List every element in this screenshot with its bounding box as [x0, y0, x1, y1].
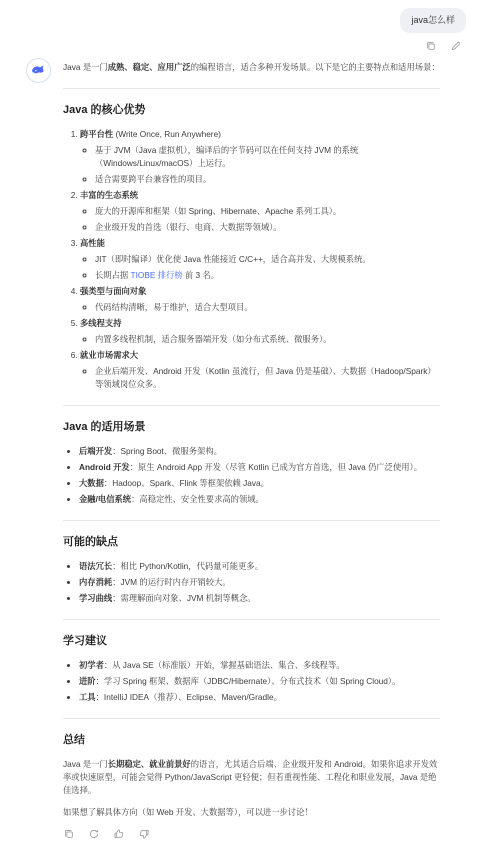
chat-page: java怎么样 Java 是一门成熟、稳定、应用广泛的编程语言，适合多种开发场景…	[0, 0, 486, 855]
sub-list-item: 长期占据 TIOBE 排行榜 前 3 名。	[95, 269, 440, 282]
sub-list: 基于 JVM（Java 虚拟机），编译后的字节码可以在任何支持 JVM 的系统（…	[80, 144, 440, 186]
user-message-actions	[26, 40, 462, 52]
list-item: 进阶：学习 Spring 框架、数据库（JDBC/Hibernate）、分布式技…	[79, 675, 440, 688]
text-run: ：Spring Boot、微服务架构。	[112, 446, 222, 456]
list-item: 强类型与面向对象代码结构清晰，易于维护，适合大型项目。	[80, 285, 440, 314]
sub-list-item: 基于 JVM（Java 虚拟机），编译后的字节码可以在任何支持 JVM 的系统（…	[95, 144, 440, 170]
text-run: 代码结构清晰，易于维护，适合大型项目。	[95, 302, 253, 312]
text-run: ：Hadoop、Spark、Flink 等框架依赖 Java。	[104, 478, 269, 488]
tiobe-ranking-link[interactable]: TIOBE 排行榜	[131, 270, 183, 280]
section-divider	[63, 619, 440, 620]
section-divider	[63, 520, 440, 521]
list-item: 工具：IntelliJ IDEA（推荐）、Eclipse、Maven/Gradl…	[79, 691, 440, 704]
bold-text: 初学者	[79, 660, 104, 670]
bold-text: 长期稳定、就业前景好	[108, 759, 191, 769]
list-item: 高性能JIT（即时编译）优化使 Java 性能接近 C/C++，适合高并发、大规…	[80, 237, 440, 282]
assistant-sections: Java 的核心优势跨平台性 (Write Once, Run Anywhere…	[63, 88, 440, 819]
list-item: 丰富的生态系统庞大的开源库和框架（如 Spring、Hibernate、Apac…	[80, 189, 440, 234]
list-item: 后端开发：Spring Boot、微服务架构。	[79, 445, 440, 458]
text-run: 庞大的开源库和框架（如 Spring、Hibernate、Apache 系列工具…	[95, 206, 341, 216]
bold-text: 语法冗长	[79, 561, 112, 571]
bold-text: 就业市场需求大	[80, 350, 138, 360]
text-run: ：学习 Spring 框架、数据库（JDBC/Hibernate）、分布式技术（…	[96, 676, 401, 686]
list-item: Android 开发：原生 Android App 开发（尽管 Kotlin 已…	[79, 461, 440, 474]
regenerate-button[interactable]	[88, 828, 100, 840]
bold-text: 金融/电信系统	[79, 494, 131, 504]
section-heading: 可能的缺点	[63, 535, 440, 549]
list-item: 多线程支持内置多线程机制，适合服务器端开发（如分布式系统、微服务）。	[80, 317, 440, 346]
whale-logo-icon	[30, 62, 47, 79]
text-run: ：从 Java SE（标准版）开始，掌握基础语法、集合、多线程等。	[104, 660, 345, 670]
text-run: 前 3 名。	[183, 270, 219, 280]
text-run: Java 是一门	[63, 62, 108, 72]
list-item: 就业市场需求大企业后端开发、Android 开发（Kotlin 虽流行，但 Ja…	[80, 349, 440, 391]
copy-button[interactable]	[63, 828, 75, 840]
text-run: 内置多线程机制，适合服务器端开发（如分布式系统、微服务）。	[95, 334, 331, 344]
text-run: (Write Once, Run Anywhere)	[113, 129, 221, 139]
dislike-button[interactable]	[138, 828, 150, 840]
sub-list-item: 内置多线程机制，适合服务器端开发（如分布式系统、微服务）。	[95, 333, 440, 346]
user-message-row: java怎么样	[26, 8, 466, 33]
paragraph: 如果想了解具体方向（如 Web 开发、大数据等），可以进一步讨论！	[63, 806, 440, 819]
section-divider	[63, 405, 440, 406]
bold-text: 内存消耗	[79, 577, 112, 587]
section-heading: Java 的适用场景	[63, 420, 440, 434]
edit-icon	[450, 40, 462, 52]
list-item: 学习曲线：需理解面向对象、JVM 机制等概念。	[79, 592, 440, 605]
bold-text: 进阶	[79, 676, 96, 686]
sub-list-item: JIT（即时编译）优化使 Java 性能接近 C/C++，适合高并发、大规模系统…	[95, 253, 440, 266]
assistant-message: Java 是一门成熟、稳定、应用广泛的编程语言，适合多种开发场景。以下是它的主要…	[63, 58, 466, 840]
regenerate-icon	[88, 828, 100, 840]
bold-text: 学习曲线	[79, 593, 112, 603]
like-button[interactable]	[113, 828, 125, 840]
text-run: ：IntelliJ IDEA（推荐）、Eclipse、Maven/Gradle。	[96, 692, 282, 702]
sub-list: 企业后端开发、Android 开发（Kotlin 虽流行，但 Java 仍是基础…	[80, 365, 440, 391]
assistant-avatar	[26, 58, 51, 83]
bold-text: 高性能	[80, 238, 105, 248]
bold-text: 丰富的生态系统	[80, 190, 138, 200]
sub-list: JIT（即时编译）优化使 Java 性能接近 C/C++，适合高并发、大规模系统…	[80, 253, 440, 282]
section-heading: 总结	[63, 733, 440, 747]
bold-text: 成熟、稳定、应用广泛	[108, 62, 191, 72]
edit-button[interactable]	[450, 40, 462, 52]
sub-list-item: 适合需要跨平台兼容性的项目。	[95, 173, 440, 186]
text-run: 长期占据	[95, 270, 131, 280]
assistant-intro-paragraph: Java 是一门成熟、稳定、应用广泛的编程语言，适合多种开发场景。以下是它的主要…	[63, 61, 440, 74]
copy-icon	[63, 828, 75, 840]
user-message-bubble: java怎么样	[400, 8, 466, 33]
sub-list-item: 企业级开发的首选（银行、电商、大数据等领域）。	[95, 221, 440, 234]
bold-text: Android 开发	[79, 462, 130, 472]
text-run: ：原生 Android App 开发（尽管 Kotlin 已成为官方首选，但 J…	[130, 462, 422, 472]
section-divider	[63, 718, 440, 719]
list-item: 跨平台性 (Write Once, Run Anywhere)基于 JVM（Ja…	[80, 128, 440, 186]
bullet-list: 语法冗长：相比 Python/Kotlin，代码量可能更多。内存消耗：JVM 的…	[63, 560, 440, 605]
bullet-list: 后端开发：Spring Boot、微服务架构。Android 开发：原生 And…	[63, 445, 440, 506]
bold-text: 大数据	[79, 478, 104, 488]
copy-icon	[425, 40, 437, 52]
text-run: ：相比 Python/Kotlin，代码量可能更多。	[112, 561, 263, 571]
text-run: JIT（即时编译）优化使 Java 性能接近 C/C++，适合高并发、大规模系统…	[95, 254, 371, 264]
section-heading: Java 的核心优势	[63, 103, 440, 117]
list-item: 内存消耗：JVM 的运行时内存开销较大。	[79, 576, 440, 589]
assistant-message-actions	[63, 828, 440, 840]
dislike-icon	[138, 828, 150, 840]
bold-text: 强类型与面向对象	[80, 286, 146, 296]
bold-text: 后端开发	[79, 446, 112, 456]
ordered-list: 跨平台性 (Write Once, Run Anywhere)基于 JVM（Ja…	[63, 128, 440, 391]
section-heading: 学习建议	[63, 634, 440, 648]
sub-list-item: 庞大的开源库和框架（如 Spring、Hibernate、Apache 系列工具…	[95, 205, 440, 218]
sub-list-item: 代码结构清晰，易于维护，适合大型项目。	[95, 301, 440, 314]
sub-list: 庞大的开源库和框架（如 Spring、Hibernate、Apache 系列工具…	[80, 205, 440, 234]
bullet-list: 初学者：从 Java SE（标准版）开始，掌握基础语法、集合、多线程等。进阶：学…	[63, 659, 440, 704]
list-item: 金融/电信系统：高稳定性、安全性要求高的领域。	[79, 493, 440, 506]
bold-text: 多线程支持	[80, 318, 122, 328]
text-run: 适合需要跨平台兼容性的项目。	[95, 174, 211, 184]
section-divider	[63, 88, 440, 89]
bold-text: 跨平台性	[80, 129, 113, 139]
text-run: 企业后端开发、Android 开发（Kotlin 虽流行，但 Java 仍是基础…	[95, 366, 436, 389]
text-run: ：需理解面向对象、JVM 机制等概念。	[112, 593, 255, 603]
text-run: Java 是一门	[63, 759, 108, 769]
paragraph: Java 是一门长期稳定、就业前景好的语言，尤其适合后端、企业级开发和 Andr…	[63, 758, 440, 797]
assistant-message-row: Java 是一门成熟、稳定、应用广泛的编程语言，适合多种开发场景。以下是它的主要…	[26, 58, 466, 840]
text-run: 基于 JVM（Java 虚拟机），编译后的字节码可以在任何支持 JVM 的系统（…	[95, 145, 358, 168]
text-run: 如果想了解具体方向（如 Web 开发、大数据等），可以进一步讨论！	[63, 807, 313, 817]
text-run: 的编程语言，适合多种开发场景。以下是它的主要特点和适用场景：	[191, 62, 440, 72]
text-run: 企业级开发的首选（银行、电商、大数据等领域）。	[95, 222, 282, 232]
text-run: ：JVM 的运行时内存开销较大。	[112, 577, 230, 587]
bold-text: 工具	[79, 692, 96, 702]
sub-list-item: 企业后端开发、Android 开发（Kotlin 虽流行，但 Java 仍是基础…	[95, 365, 440, 391]
list-item: 大数据：Hadoop、Spark、Flink 等框架依赖 Java。	[79, 477, 440, 490]
list-item: 初学者：从 Java SE（标准版）开始，掌握基础语法、集合、多线程等。	[79, 659, 440, 672]
copy-button[interactable]	[425, 40, 437, 52]
sub-list: 内置多线程机制，适合服务器端开发（如分布式系统、微服务）。	[80, 333, 440, 346]
like-icon	[113, 828, 125, 840]
sub-list: 代码结构清晰，易于维护，适合大型项目。	[80, 301, 440, 314]
list-item: 语法冗长：相比 Python/Kotlin，代码量可能更多。	[79, 560, 440, 573]
text-run: ：高稳定性、安全性要求高的领域。	[131, 494, 264, 504]
